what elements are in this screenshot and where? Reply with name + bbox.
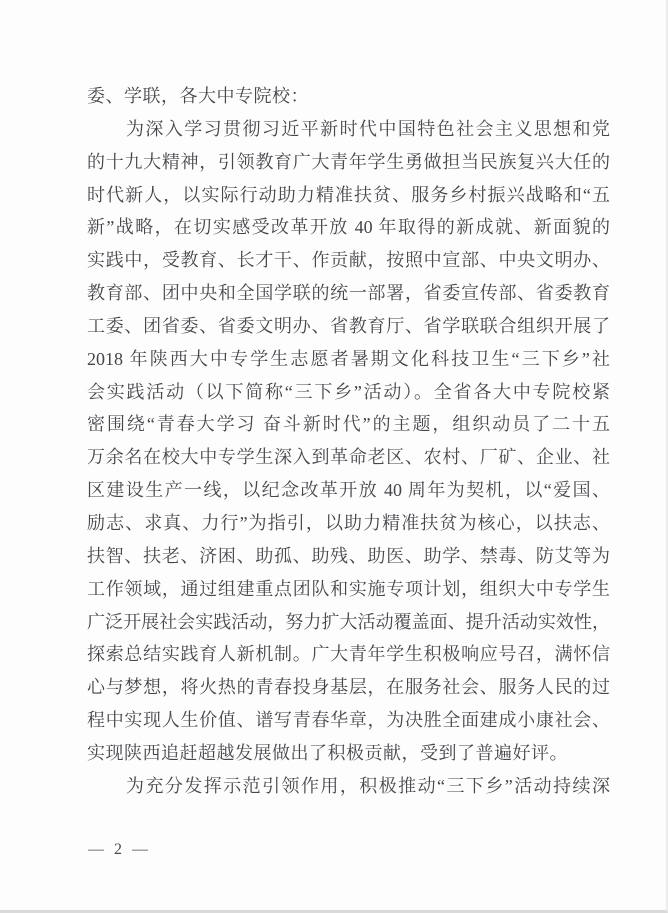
- text-line: 时代新人，以实际行动助力精准扶贫、服务乡村振兴战略和“五: [87, 179, 610, 212]
- text-line: 的十九大精神，引领教育广大青年学生勇做担当民族复兴大任的: [87, 146, 610, 179]
- text-line: 万余名在校大中专学生深入到革命老区、农村、厂矿、企业、社: [87, 441, 610, 474]
- text-line: 工委、团省委、省委文明办、省教育厅、省学联联合组织开展了: [87, 310, 610, 343]
- text-line: 扶智、扶老、济困、助孤、助残、助医、助学、禁毒、防艾等为: [87, 540, 610, 573]
- text-line: 新”战略，在切实感受改革开放 40 年取得的新成就、新面貌的: [87, 211, 610, 244]
- text-line: 密围绕“青春大学习 奋斗新时代”的主题，组织动员了二十五: [87, 408, 610, 441]
- text-line: 心与梦想，将火热的青春投身基层，在服务社会、服务人民的过: [87, 671, 610, 704]
- text-line: 工作领域，通过组建重点团队和实施专项计划，组织大中专学生: [87, 573, 610, 606]
- text-line: 区建设生产一线，以纪念改革开放 40 周年为契机，以“爱国、: [87, 474, 610, 507]
- paragraph-end-line: 实现陕西追赶超越发展做出了积极贡献，受到了普遍好评。: [87, 737, 610, 770]
- text-line: 为充分发挥示范引领作用，积极推动“三下乡”活动持续深: [87, 770, 610, 803]
- salutation-line: 委、学联，各大中专院校：: [87, 80, 610, 113]
- text-line: 程中实现人生价值、谱写青春华章，为决胜全面建成小康社会、: [87, 704, 610, 737]
- page-number: — 2 —: [88, 840, 151, 860]
- text-line: 探索总结实践育人新机制。广大青年学生积极响应号召，满怀信: [87, 638, 610, 671]
- text-line: 广泛开展社会实践活动，努力扩大活动覆盖面、提升活动实效性，: [87, 606, 610, 639]
- text-line: 会实践活动（以下简称“三下乡”活动）。全省各大中专院校紧: [87, 376, 610, 409]
- text-line: 教育部、团中央和全国学联的统一部署，省委宣传部、省委教育: [87, 277, 610, 310]
- text-line: 为深入学习贯彻习近平新时代中国特色社会主义思想和党: [87, 113, 610, 146]
- text-line: 2018 年陕西大中专学生志愿者暑期文化科技卫生“三下乡”社: [87, 343, 610, 376]
- text-line: 实践中，受教育、长才干、作贡献，按照中宣部、中央文明办、: [87, 244, 610, 277]
- text-line: 励志、求真、力行”为指引，以助力精准扶贫为核心，以扶志、: [87, 507, 610, 540]
- document-page: 委、学联，各大中专院校： 为深入学习贯彻习近平新时代中国特色社会主义思想和党 的…: [0, 0, 668, 913]
- document-body: 委、学联，各大中专院校： 为深入学习贯彻习近平新时代中国特色社会主义思想和党 的…: [87, 80, 610, 803]
